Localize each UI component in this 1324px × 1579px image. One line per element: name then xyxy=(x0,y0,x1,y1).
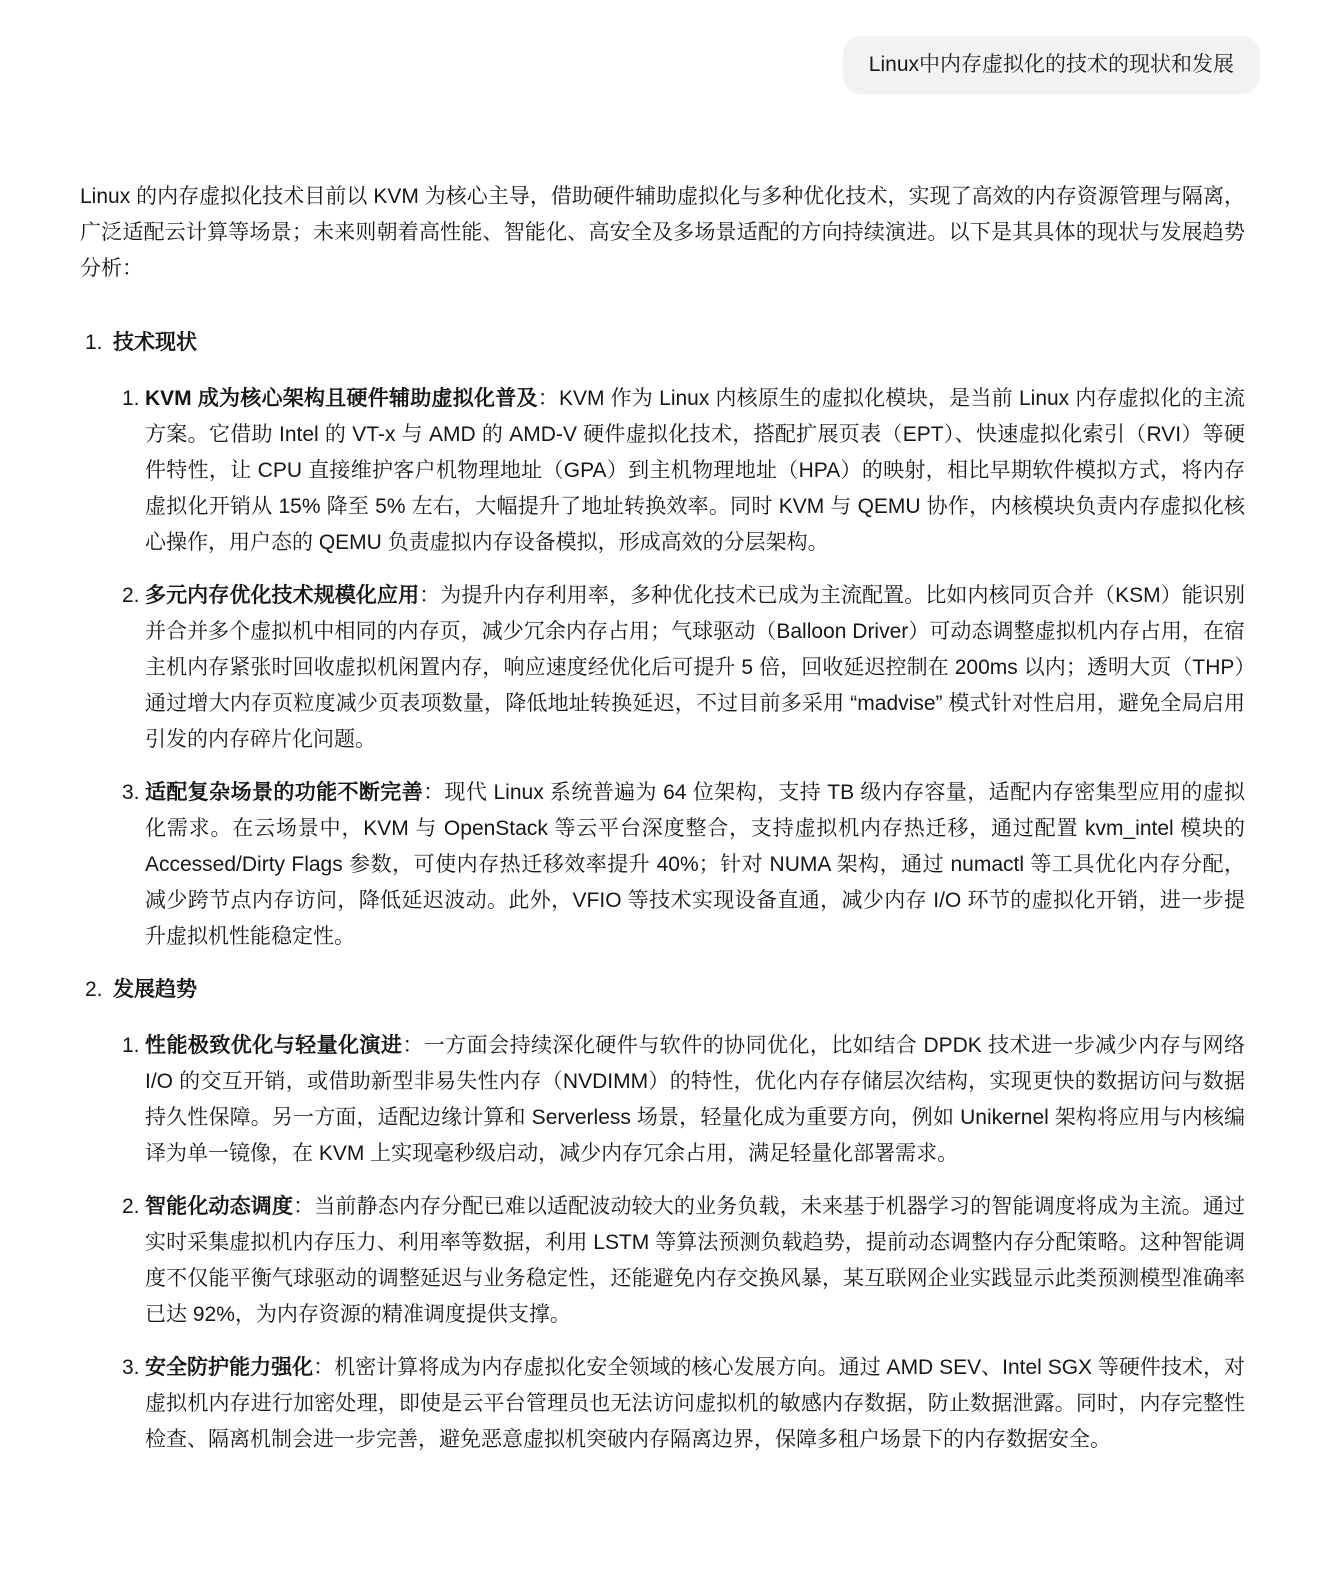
item-title: 多元内存优化技术规模化应用 xyxy=(145,584,419,607)
item-paragraph: KVM 成为核心架构且硬件辅助虚拟化普及：KVM 作为 Linux 内核原生的虚… xyxy=(145,381,1245,561)
item-paragraph: 安全防护能力强化：机密计算将成为内存虚拟化安全领域的核心发展方向。通过 AMD … xyxy=(145,1350,1245,1458)
item-number: 3. xyxy=(122,1350,145,1458)
list-item-kvm-core-architecture: 1. KVM 成为核心架构且硬件辅助虚拟化普及：KVM 作为 Linux 内核原… xyxy=(80,381,1245,561)
item-title: 智能化动态调度 xyxy=(145,1195,293,1218)
item-paragraph: 适配复杂场景的功能不断完善：现代 Linux 系统普遍为 64 位架构，支持 T… xyxy=(145,775,1245,955)
intro-paragraph: Linux 的内存虚拟化技术目前以 KVM 为核心主导，借助硬件辅助虚拟化与多种… xyxy=(80,179,1245,287)
item-number: 1. xyxy=(122,1028,145,1172)
list-item-memory-optimization: 2. 多元内存优化技术规模化应用：为提升内存利用率，多种优化技术已成为主流配置。… xyxy=(80,578,1245,758)
section-heading: 2. 发展趋势 xyxy=(80,972,1245,1008)
section-heading: 1. 技术现状 xyxy=(80,325,1245,361)
item-paragraph: 性能极致优化与轻量化演进：一方面会持续深化硬件与软件的协同优化，比如结合 DPD… xyxy=(145,1028,1245,1172)
section-dev-trends: 2. 发展趋势 1. 性能极致优化与轻量化演进：一方面会持续深化硬件与软件的协同… xyxy=(80,972,1245,1458)
user-message-row: Linux中内存虚拟化的技术的现状和发展 xyxy=(0,36,1324,94)
item-body: ：当前静态内存分配已难以适配波动较大的业务负载，未来基于机器学习的智能调度将成为… xyxy=(145,1195,1245,1326)
item-title: 适配复杂场景的功能不断完善 xyxy=(145,781,423,804)
list-item-complex-scenarios: 3. 适配复杂场景的功能不断完善：现代 Linux 系统普遍为 64 位架构，支… xyxy=(80,775,1245,955)
item-number: 2. xyxy=(122,578,145,758)
list-item-intelligent-scheduling: 2. 智能化动态调度：当前静态内存分配已难以适配波动较大的业务负载，未来基于机器… xyxy=(80,1189,1245,1333)
section-title: 技术现状 xyxy=(113,325,197,361)
item-title: 性能极致优化与轻量化演进 xyxy=(145,1034,402,1057)
item-body: ：KVM 作为 Linux 内核原生的虚拟化模块，是当前 Linux 内存虚拟化… xyxy=(145,387,1245,554)
list-item-security-hardening: 3. 安全防护能力强化：机密计算将成为内存虚拟化安全领域的核心发展方向。通过 A… xyxy=(80,1350,1245,1458)
section-tech-status: 1. 技术现状 1. KVM 成为核心架构且硬件辅助虚拟化普及：KVM 作为 L… xyxy=(80,325,1245,955)
assistant-response: Linux 的内存虚拟化技术目前以 KVM 为核心主导，借助硬件辅助虚拟化与多种… xyxy=(80,179,1245,1458)
item-title: 安全防护能力强化 xyxy=(145,1356,313,1379)
item-body: ：现代 Linux 系统普遍为 64 位架构，支持 TB 级内存容量，适配内存密… xyxy=(145,781,1245,948)
list-item-performance-lightweight: 1. 性能极致优化与轻量化演进：一方面会持续深化硬件与软件的协同优化，比如结合 … xyxy=(80,1028,1245,1172)
section-number: 1. xyxy=(85,325,113,361)
section-title: 发展趋势 xyxy=(113,972,197,1008)
item-title: KVM 成为核心架构且硬件辅助虚拟化普及 xyxy=(145,387,538,410)
chat-page: Linux中内存虚拟化的技术的现状和发展 Linux 的内存虚拟化技术目前以 K… xyxy=(0,0,1324,1579)
item-number: 1. xyxy=(122,381,145,561)
item-paragraph: 多元内存优化技术规模化应用：为提升内存利用率，多种优化技术已成为主流配置。比如内… xyxy=(145,578,1245,758)
item-number: 3. xyxy=(122,775,145,955)
item-number: 2. xyxy=(122,1189,145,1333)
user-message-bubble: Linux中内存虚拟化的技术的现状和发展 xyxy=(843,36,1260,94)
item-paragraph: 智能化动态调度：当前静态内存分配已难以适配波动较大的业务负载，未来基于机器学习的… xyxy=(145,1189,1245,1333)
section-number: 2. xyxy=(85,972,113,1008)
item-body: ：为提升内存利用率，多种优化技术已成为主流配置。比如内核同页合并（KSM）能识别… xyxy=(145,584,1245,751)
